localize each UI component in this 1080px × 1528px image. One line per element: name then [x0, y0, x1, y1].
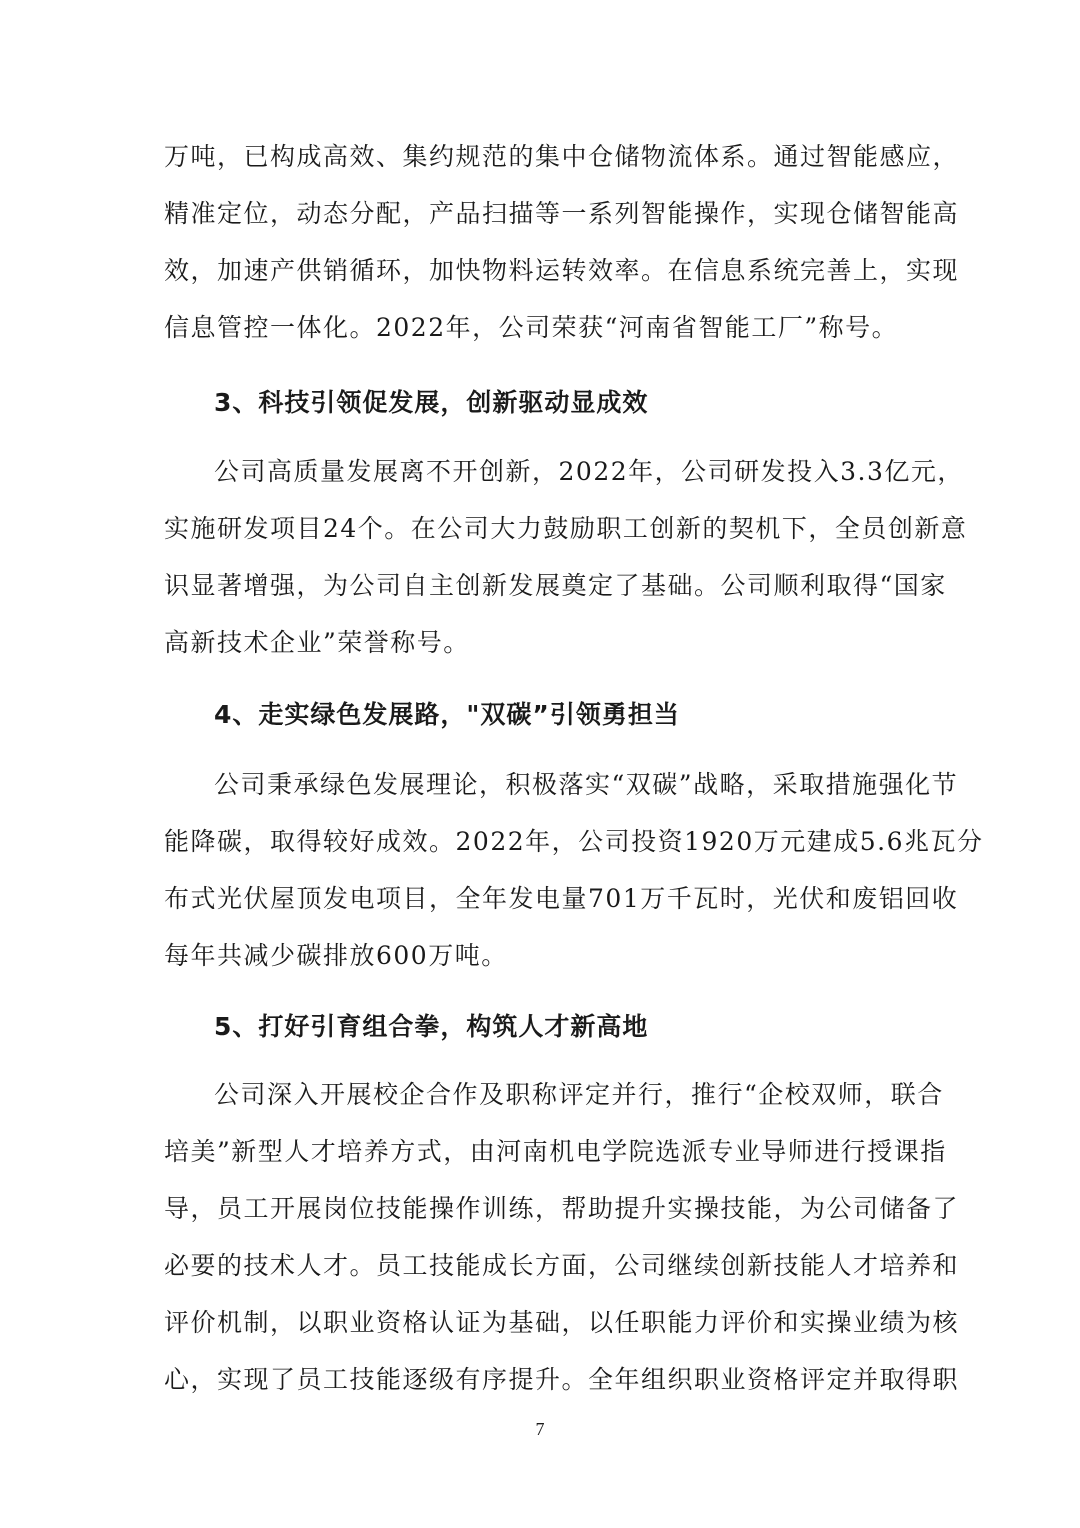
paragraph-line: 效，加速产供销循环，加快物料运转效率。在信息系统完善上，实现: [164, 256, 920, 286]
paragraph-line: 培美”新型人才培养方式，由河南机电学院选派专业导师进行授课指: [164, 1137, 920, 1167]
paragraph-line: 实施研发项目24个。在公司大力鼓励职工创新的契机下，全员创新意: [164, 514, 920, 544]
paragraph-line: 公司秉承绿色发展理论，积极落实“双碳”战略，采取措施强化节: [214, 770, 920, 800]
paragraph-line: 布式光伏屋顶发电项目，全年发电量701万千瓦时，光伏和废铝回收: [164, 884, 920, 914]
paragraph-line: 能降碳，取得较好成效。2022年，公司投资1920万元建成5.6兆瓦分: [164, 827, 920, 857]
section-heading: 5、打好引育组合拳，构筑人才新高地: [214, 1012, 648, 1042]
paragraph-line: 高新技术企业”荣誉称号。: [164, 628, 920, 658]
page-number: 7: [0, 1418, 1080, 1440]
paragraph-line: 心，实现了员工技能逐级有序提升。全年组织职业资格评定并取得职: [164, 1365, 920, 1395]
paragraph-line: 信息管控一体化。2022年，公司荣获“河南省智能工厂”称号。: [164, 313, 920, 343]
section-heading: 3、科技引领促发展，创新驱动显成效: [214, 388, 648, 418]
paragraph-line: 必要的技术人才。员工技能成长方面，公司继续创新技能人才培养和: [164, 1251, 920, 1281]
paragraph-line: 公司高质量发展离不开创新，2022年，公司研发投入3.3亿元，: [214, 457, 920, 487]
document-page: 万吨，已构成高效、集约规范的集中仓储物流体系。通过智能感应， 精准定位，动态分配…: [0, 0, 1080, 1528]
paragraph-line: 评价机制，以职业资格认证为基础，以任职能力评价和实操业绩为核: [164, 1308, 920, 1338]
paragraph-line: 万吨，已构成高效、集约规范的集中仓储物流体系。通过智能感应，: [164, 142, 920, 172]
section-heading: 4、走实绿色发展路，"双碳”引领勇担当: [214, 700, 680, 730]
paragraph-line: 公司深入开展校企合作及职称评定并行，推行“企校双师，联合: [214, 1080, 920, 1110]
paragraph-line: 识显著增强，为公司自主创新发展奠定了基础。公司顺利取得“国家: [164, 571, 920, 601]
paragraph-line: 每年共减少碳排放600万吨。: [164, 941, 920, 971]
paragraph-line: 导，员工开展岗位技能操作训练，帮助提升实操技能，为公司储备了: [164, 1194, 920, 1224]
paragraph-line: 精准定位，动态分配，产品扫描等一系列智能操作，实现仓储智能高: [164, 199, 920, 229]
